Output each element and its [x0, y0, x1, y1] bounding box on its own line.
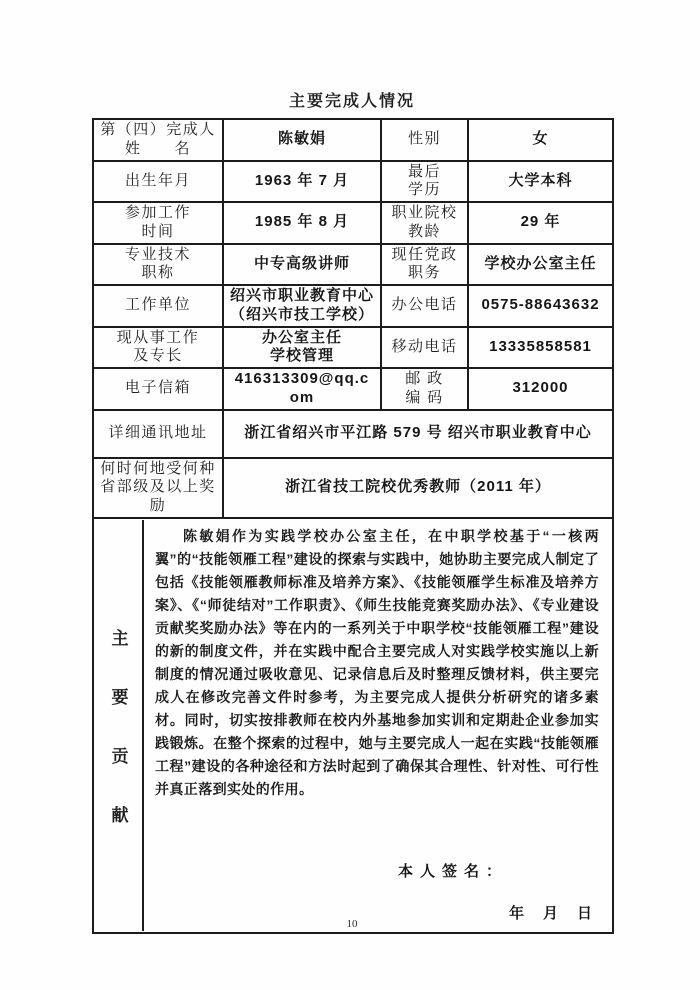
- field-label-name: 第（四）完成人 姓 名: [93, 119, 223, 161]
- document-page: 主要完成人情况 第（四）完成人 姓 名 陈敏娟 性别 女 出生年月 1963 年…: [0, 0, 700, 990]
- field-label-birth: 出生年月: [93, 161, 223, 203]
- table-row: 参加工作 时间 1985 年 8 月 职业院校 教龄 29 年: [93, 202, 613, 244]
- field-value-address: 浙江省绍兴市平江路 579 号 绍兴市职业教育中心: [223, 410, 613, 458]
- field-label-email: 电子信箱: [93, 368, 223, 410]
- field-value-officephone: 0575-88643632: [468, 285, 613, 327]
- field-value-currentwork: 办公室主任 学校管理: [223, 327, 381, 369]
- field-value-workstart: 1985 年 8 月: [223, 202, 381, 244]
- table-row: 电子信箱 416313309@qq.com 邮 政 编 码 312000: [93, 368, 613, 410]
- field-value-title: 中专高级讲师: [223, 244, 381, 286]
- field-label-workstart: 参加工作 时间: [93, 202, 223, 244]
- field-label-officephone: 办公电话: [381, 285, 468, 327]
- field-label-employer: 工作单位: [93, 285, 223, 327]
- completer-info-table: 第（四）完成人 姓 名 陈敏娟 性别 女 出生年月 1963 年 7 月 最后 …: [92, 118, 614, 934]
- field-label-mobile: 移动电话: [381, 327, 468, 369]
- page-title: 主要完成人情况: [92, 88, 612, 111]
- field-value-education: 大学本科: [468, 161, 613, 203]
- signature-label: 本人签名：: [398, 860, 508, 881]
- field-value-teachyears: 29 年: [468, 202, 613, 244]
- table-row: 工作单位 绍兴市职业教育中心（绍兴市技工学校） 办公电话 0575-886436…: [93, 285, 613, 327]
- field-value-awards: 浙江省技工院校优秀教师（2011 年）: [223, 458, 613, 518]
- page-number: 10: [92, 918, 612, 930]
- field-label-currentwork: 现从事工作 及专长: [93, 327, 223, 369]
- table-row: 详细通讯地址 浙江省绍兴市平江路 579 号 绍兴市职业教育中心: [93, 410, 613, 458]
- field-value-postcode: 312000: [468, 368, 613, 410]
- field-label-education: 最后 学历: [381, 161, 468, 203]
- field-label-teachyears: 职业院校 教龄: [381, 202, 468, 244]
- contribution-cell: 主要贡献 陈敏娟作为实践学校办公室主任，在中职学校基于“一核两翼”的“技能领雁工…: [93, 518, 613, 933]
- field-value-name: 陈敏娟: [223, 119, 381, 161]
- field-value-mobile: 13335858581: [468, 327, 613, 369]
- table-row: 专业技术 职称 中专高级讲师 现任党政 职务 学校办公室主任: [93, 244, 613, 286]
- field-value-gender: 女: [468, 119, 613, 161]
- field-value-position: 学校办公室主任: [468, 244, 613, 286]
- field-label-title: 专业技术 职称: [93, 244, 223, 286]
- field-value-email: 416313309@qq.com: [223, 368, 381, 410]
- table-row-contribution: 主要贡献 陈敏娟作为实践学校办公室主任，在中职学校基于“一核两翼”的“技能领雁工…: [93, 518, 613, 933]
- table-row: 现从事工作 及专长 办公室主任 学校管理 移动电话 13335858581: [93, 327, 613, 369]
- contribution-paragraph: 陈敏娟作为实践学校办公室主任，在中职学校基于“一核两翼”的“技能领雁工程”建设的…: [155, 525, 599, 801]
- field-value-birth: 1963 年 7 月: [223, 161, 381, 203]
- table-row: 出生年月 1963 年 7 月 最后 学历 大学本科: [93, 161, 613, 203]
- field-label-postcode: 邮 政 编 码: [381, 368, 468, 410]
- table-row: 何时何地受何种 省部级及以上奖励 浙江省技工院校优秀教师（2011 年）: [93, 458, 613, 518]
- table-row: 第（四）完成人 姓 名 陈敏娟 性别 女: [93, 119, 613, 161]
- contribution-content: 陈敏娟作为实践学校办公室主任，在中职学校基于“一核两翼”的“技能领雁工程”建设的…: [144, 520, 608, 931]
- field-label-address: 详细通讯地址: [93, 410, 223, 458]
- field-value-employer: 绍兴市职业教育中心（绍兴市技工学校）: [223, 285, 381, 327]
- contribution-vertical-label: 主要贡献: [98, 520, 144, 931]
- field-label-position: 现任党政 职务: [381, 244, 468, 286]
- field-label-gender: 性别: [381, 119, 468, 161]
- field-label-awards: 何时何地受何种 省部级及以上奖励: [93, 458, 223, 518]
